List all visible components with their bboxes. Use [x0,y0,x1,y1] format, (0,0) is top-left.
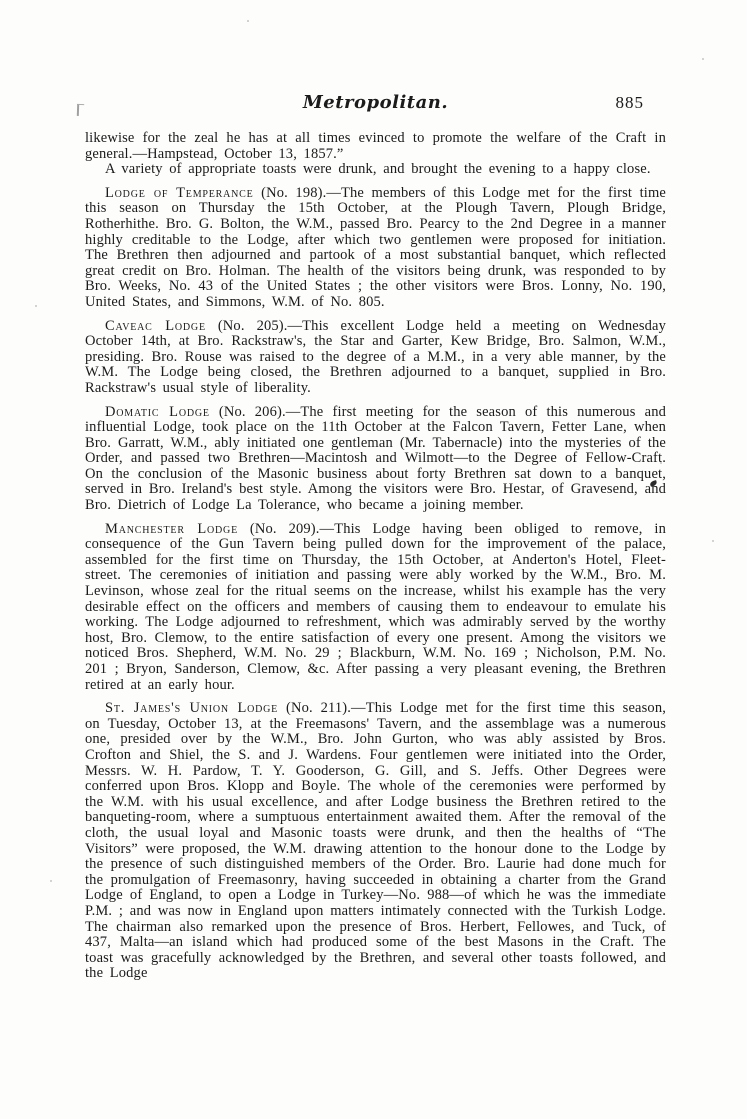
report-caveac-lodge: Caveac Lodge (No. 205).—This excellent L… [85,319,666,397]
scan-speck [247,20,249,22]
report-domatic-lodge: Domatic Lodge (No. 206).—The first meeti… [85,405,666,514]
lodge-name: Caveac Lodge [105,318,206,334]
lodge-name: Domatic Lodge [105,404,210,420]
lodge-name: Manchester Lodge [105,521,238,537]
paragraph-text: A variety of appropriate toasts were dru… [105,161,651,177]
report-st-jamess-union-lodge: St. James's Union Lodge (No. 211).—This … [85,701,666,982]
scan-speck [35,305,37,307]
report-text: (No. 198).—The members of this Lodge met… [85,185,666,310]
scan-speck [702,58,704,60]
paragraph-toasts: A variety of appropriate toasts were dru… [85,162,666,178]
report-text: (No. 211).—This Lodge met for the first … [85,700,666,981]
report-text: (No. 209).—This Lodge having been oblige… [85,521,666,693]
report-lodge-of-temperance: Lodge of Temperance (No. 198).—The membe… [85,186,666,311]
scanned-document-page: Metropolitan. 885 likewise for the zeal … [0,0,747,1119]
lodge-name: Lodge of Temperance [105,185,254,201]
scan-speck [712,540,714,542]
lodge-name: St. James's Union Lodge [105,700,278,716]
page-header: Metropolitan. 885 [85,92,666,116]
running-title: Metropolitan. [303,92,448,113]
paragraph-continuation: likewise for the zeal he has at all time… [85,131,666,162]
scan-speck [50,880,52,882]
text-column: Metropolitan. 885 likewise for the zeal … [85,92,666,982]
paragraph-text: likewise for the zeal he has at all time… [85,130,666,162]
page-number: 885 [616,93,645,113]
scan-artifact-margin-mark [77,104,84,116]
report-manchester-lodge: Manchester Lodge (No. 209).—This Lodge h… [85,522,666,694]
report-text: (No. 206).—The first meeting for the sea… [85,404,666,514]
